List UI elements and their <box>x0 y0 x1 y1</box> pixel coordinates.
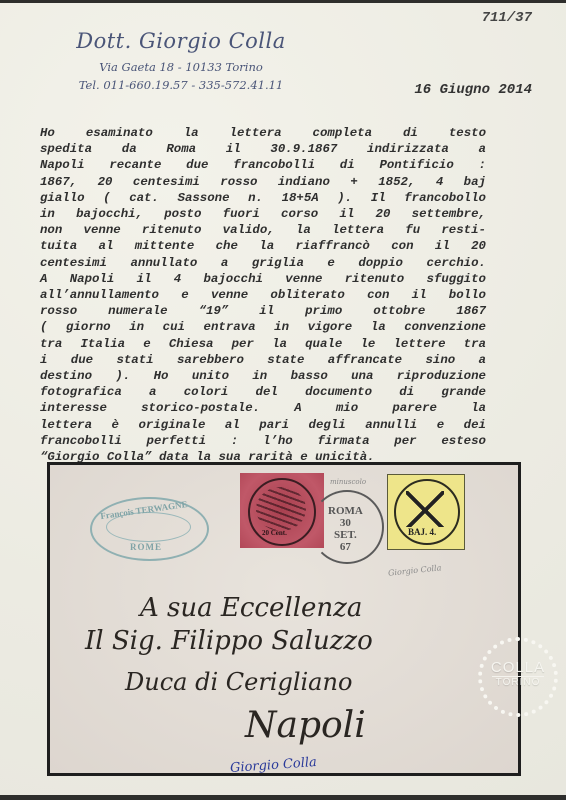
certificate-date: 16 Giugno 2014 <box>414 82 532 98</box>
stamp-4-baj: BAJ. 4. <box>387 474 465 550</box>
stamp-value: BAJ. 4. <box>408 527 436 537</box>
body-line: all’annullamento e venne obliterato con … <box>40 287 486 303</box>
certificate-body: Ho esaminato la lettera completa di test… <box>40 125 486 465</box>
body-line: 1867, 20 centesimi rosso indiano + 1852,… <box>40 174 486 190</box>
postmark-city: ROMA <box>328 505 363 517</box>
body-line: rosso numerale “19” il primo ottobre 186… <box>40 303 486 319</box>
body-line: interesse storico-postale. A mio parere … <box>40 400 486 416</box>
address-line: A sua Eccellenza <box>140 593 362 623</box>
body-line: fotografica a colori del documento di gr… <box>40 384 486 400</box>
body-line: non venne ritenuto valido, la lettera fu… <box>40 222 486 238</box>
body-line: lettera è originale al pari degli annull… <box>40 417 486 433</box>
body-line: ( giorno in cui entrava in vigore la con… <box>40 319 486 335</box>
seal-line-1: COLLA <box>482 659 554 676</box>
body-line: in bajocchi, posto fuori corso il 20 set… <box>40 206 486 222</box>
pencil-note: minuscolo <box>330 478 385 488</box>
letterhead-telephone: Tel. 011-660.19.57 - 335-572.41.11 <box>66 76 296 94</box>
body-line: spedita da Roma il 30.9.1867 indirizzata… <box>40 141 486 157</box>
postmark-month: SET. <box>328 529 363 541</box>
body-line: francobolli perfetti : l’ho firmata per … <box>40 433 486 449</box>
body-line: tra Italia e Chiesa per la quale le lett… <box>40 336 486 352</box>
crossed-keys-icon <box>406 491 444 527</box>
address-line: Napoli <box>245 705 366 746</box>
address-line: Duca di Cerigliano <box>125 668 352 696</box>
postmark-year: 67 <box>328 541 363 553</box>
sender-city: ROME <box>130 542 162 552</box>
sender-cachet: François TERWAGNE ROME <box>90 497 209 561</box>
body-line: giallo ( cat. Sassone n. 18+5A ). Il fra… <box>40 190 486 206</box>
body-line: i due stati sarebbero state affrancate s… <box>40 352 486 368</box>
postmark-text: ROMA 30 SET. 67 <box>328 505 363 553</box>
letterhead-name: Dott. Giorgio Colla <box>66 28 296 54</box>
body-line: tuita al mittente che la riaffrancò con … <box>40 238 486 254</box>
grid-cancel-icon <box>256 487 306 531</box>
body-line: Ho esaminato la lettera completa di test… <box>40 125 486 141</box>
embossed-seal: COLLA TORINO <box>478 637 558 717</box>
letterhead-address: Via Gaeta 18 - 10133 Torino <box>66 58 296 76</box>
postmark-day: 30 <box>328 517 363 529</box>
letterhead: Dott. Giorgio Colla Via Gaeta 18 - 10133… <box>66 28 296 94</box>
seal-line-2: TORINO <box>492 676 544 688</box>
body-line: A Napoli il 4 bajocchi venne ritenuto sf… <box>40 271 486 287</box>
stamp-value: 20 Cent. <box>262 529 287 537</box>
body-line: centesimi annullato a griglia e doppio c… <box>40 255 486 271</box>
address-line: Il Sig. Filippo Saluzzo <box>85 626 373 656</box>
body-line: destino ). Ho unito in basso una riprodu… <box>40 368 486 384</box>
body-line: Napoli recante due francobolli di Pontif… <box>40 157 486 173</box>
reference-number: 711/37 <box>482 10 532 26</box>
